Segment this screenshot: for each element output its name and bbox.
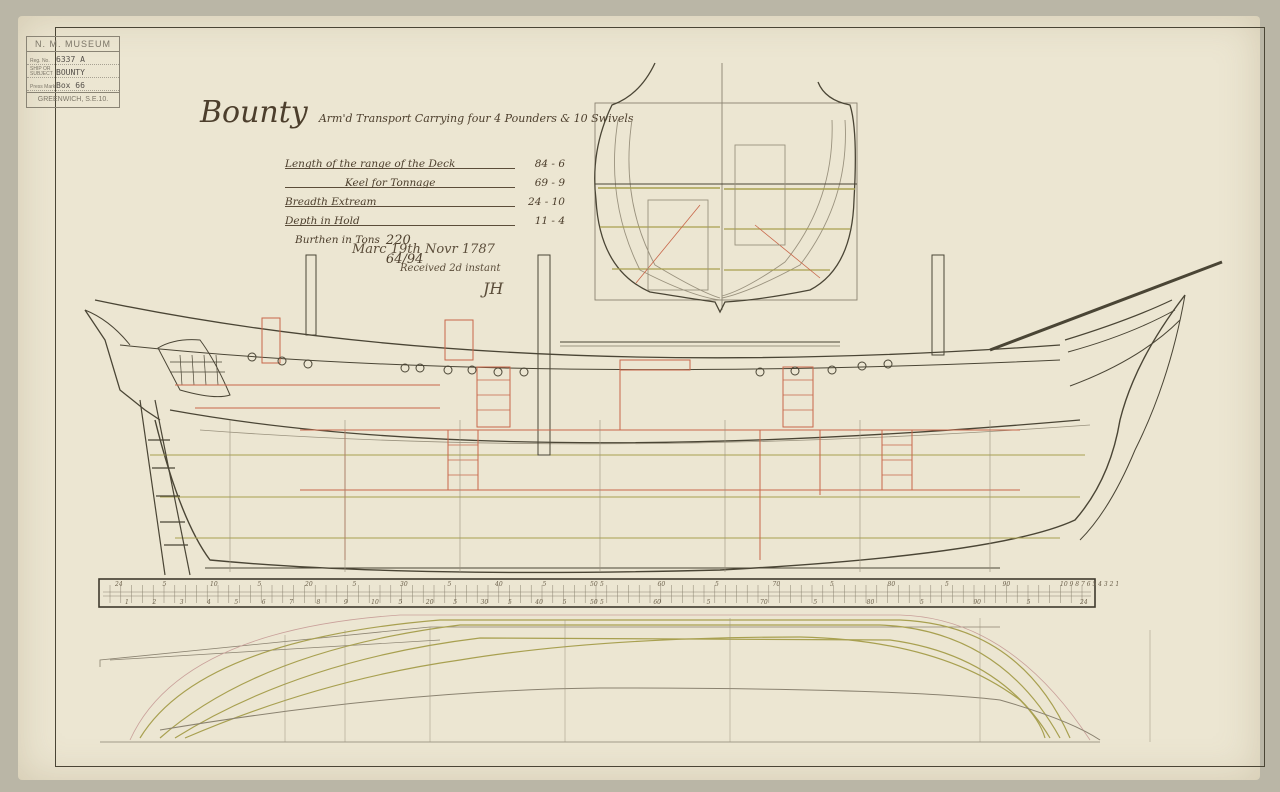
sheer-profile: [85, 255, 1222, 575]
svg-text:7: 7: [289, 599, 293, 606]
svg-text:5: 5: [600, 599, 604, 606]
svg-text:5: 5: [1027, 599, 1031, 606]
svg-text:40: 40: [534, 599, 543, 606]
svg-text:2: 2: [151, 599, 156, 606]
svg-text:5: 5: [399, 599, 403, 606]
svg-text:5: 5: [508, 599, 512, 606]
svg-text:30: 30: [400, 581, 408, 588]
svg-text:5: 5: [563, 599, 567, 606]
half-breadth-plan: [100, 615, 1150, 742]
svg-text:5: 5: [945, 581, 949, 588]
svg-text:10: 10: [210, 581, 218, 588]
svg-text:40: 40: [494, 581, 503, 588]
svg-text:5: 5: [830, 581, 834, 588]
svg-text:5: 5: [448, 581, 452, 588]
svg-text:3: 3: [180, 599, 184, 606]
svg-text:5: 5: [600, 581, 604, 588]
svg-text:24: 24: [1079, 599, 1088, 606]
svg-text:5: 5: [543, 581, 547, 588]
svg-text:5: 5: [353, 581, 357, 588]
svg-text:10: 10: [371, 599, 379, 606]
svg-text:5: 5: [234, 599, 238, 606]
svg-text:30: 30: [481, 599, 489, 606]
svg-text:20: 20: [425, 599, 434, 606]
svg-text:90: 90: [973, 599, 981, 606]
svg-text:8: 8: [316, 599, 320, 606]
svg-text:6: 6: [262, 599, 266, 606]
body-plan: [595, 63, 857, 312]
svg-text:90: 90: [1003, 581, 1011, 588]
svg-text:10 9 8 7 6 5 4 3 2 1: 10 9 8 7 6 5 4 3 2 1: [1060, 581, 1119, 588]
ship-plan-drawing: 2451052053054055056057058059010 9 8 7 6 …: [0, 0, 1280, 792]
svg-text:4: 4: [206, 599, 211, 606]
svg-text:80: 80: [888, 581, 896, 588]
svg-text:5: 5: [920, 599, 924, 606]
svg-text:80: 80: [867, 599, 875, 606]
svg-text:60: 60: [653, 599, 661, 606]
svg-text:5: 5: [163, 581, 167, 588]
svg-text:60: 60: [658, 581, 666, 588]
svg-text:5: 5: [813, 599, 817, 606]
svg-text:5: 5: [715, 581, 719, 588]
svg-text:50: 50: [590, 599, 598, 606]
svg-text:24: 24: [114, 581, 123, 588]
svg-text:50: 50: [590, 581, 598, 588]
svg-text:9: 9: [344, 599, 348, 606]
svg-text:5: 5: [453, 599, 457, 606]
svg-text:5: 5: [707, 599, 711, 606]
svg-text:70: 70: [773, 581, 781, 588]
svg-text:20: 20: [304, 581, 313, 588]
svg-text:70: 70: [760, 599, 768, 606]
svg-text:5: 5: [258, 581, 262, 588]
svg-text:1: 1: [125, 599, 129, 606]
